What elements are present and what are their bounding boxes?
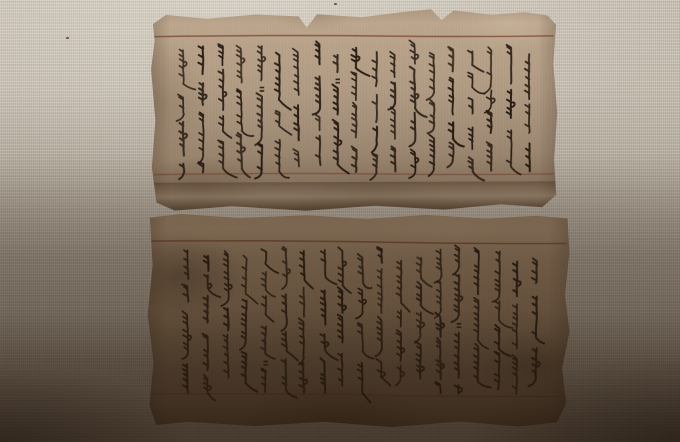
manuscript-page-top [150, 6, 559, 212]
script-columns [150, 6, 559, 212]
script-columns [146, 211, 571, 429]
manuscript-page-bottom [146, 211, 571, 429]
fabric-speck [66, 37, 69, 39]
photograph [0, 0, 680, 442]
fabric-speck [334, 3, 337, 5]
